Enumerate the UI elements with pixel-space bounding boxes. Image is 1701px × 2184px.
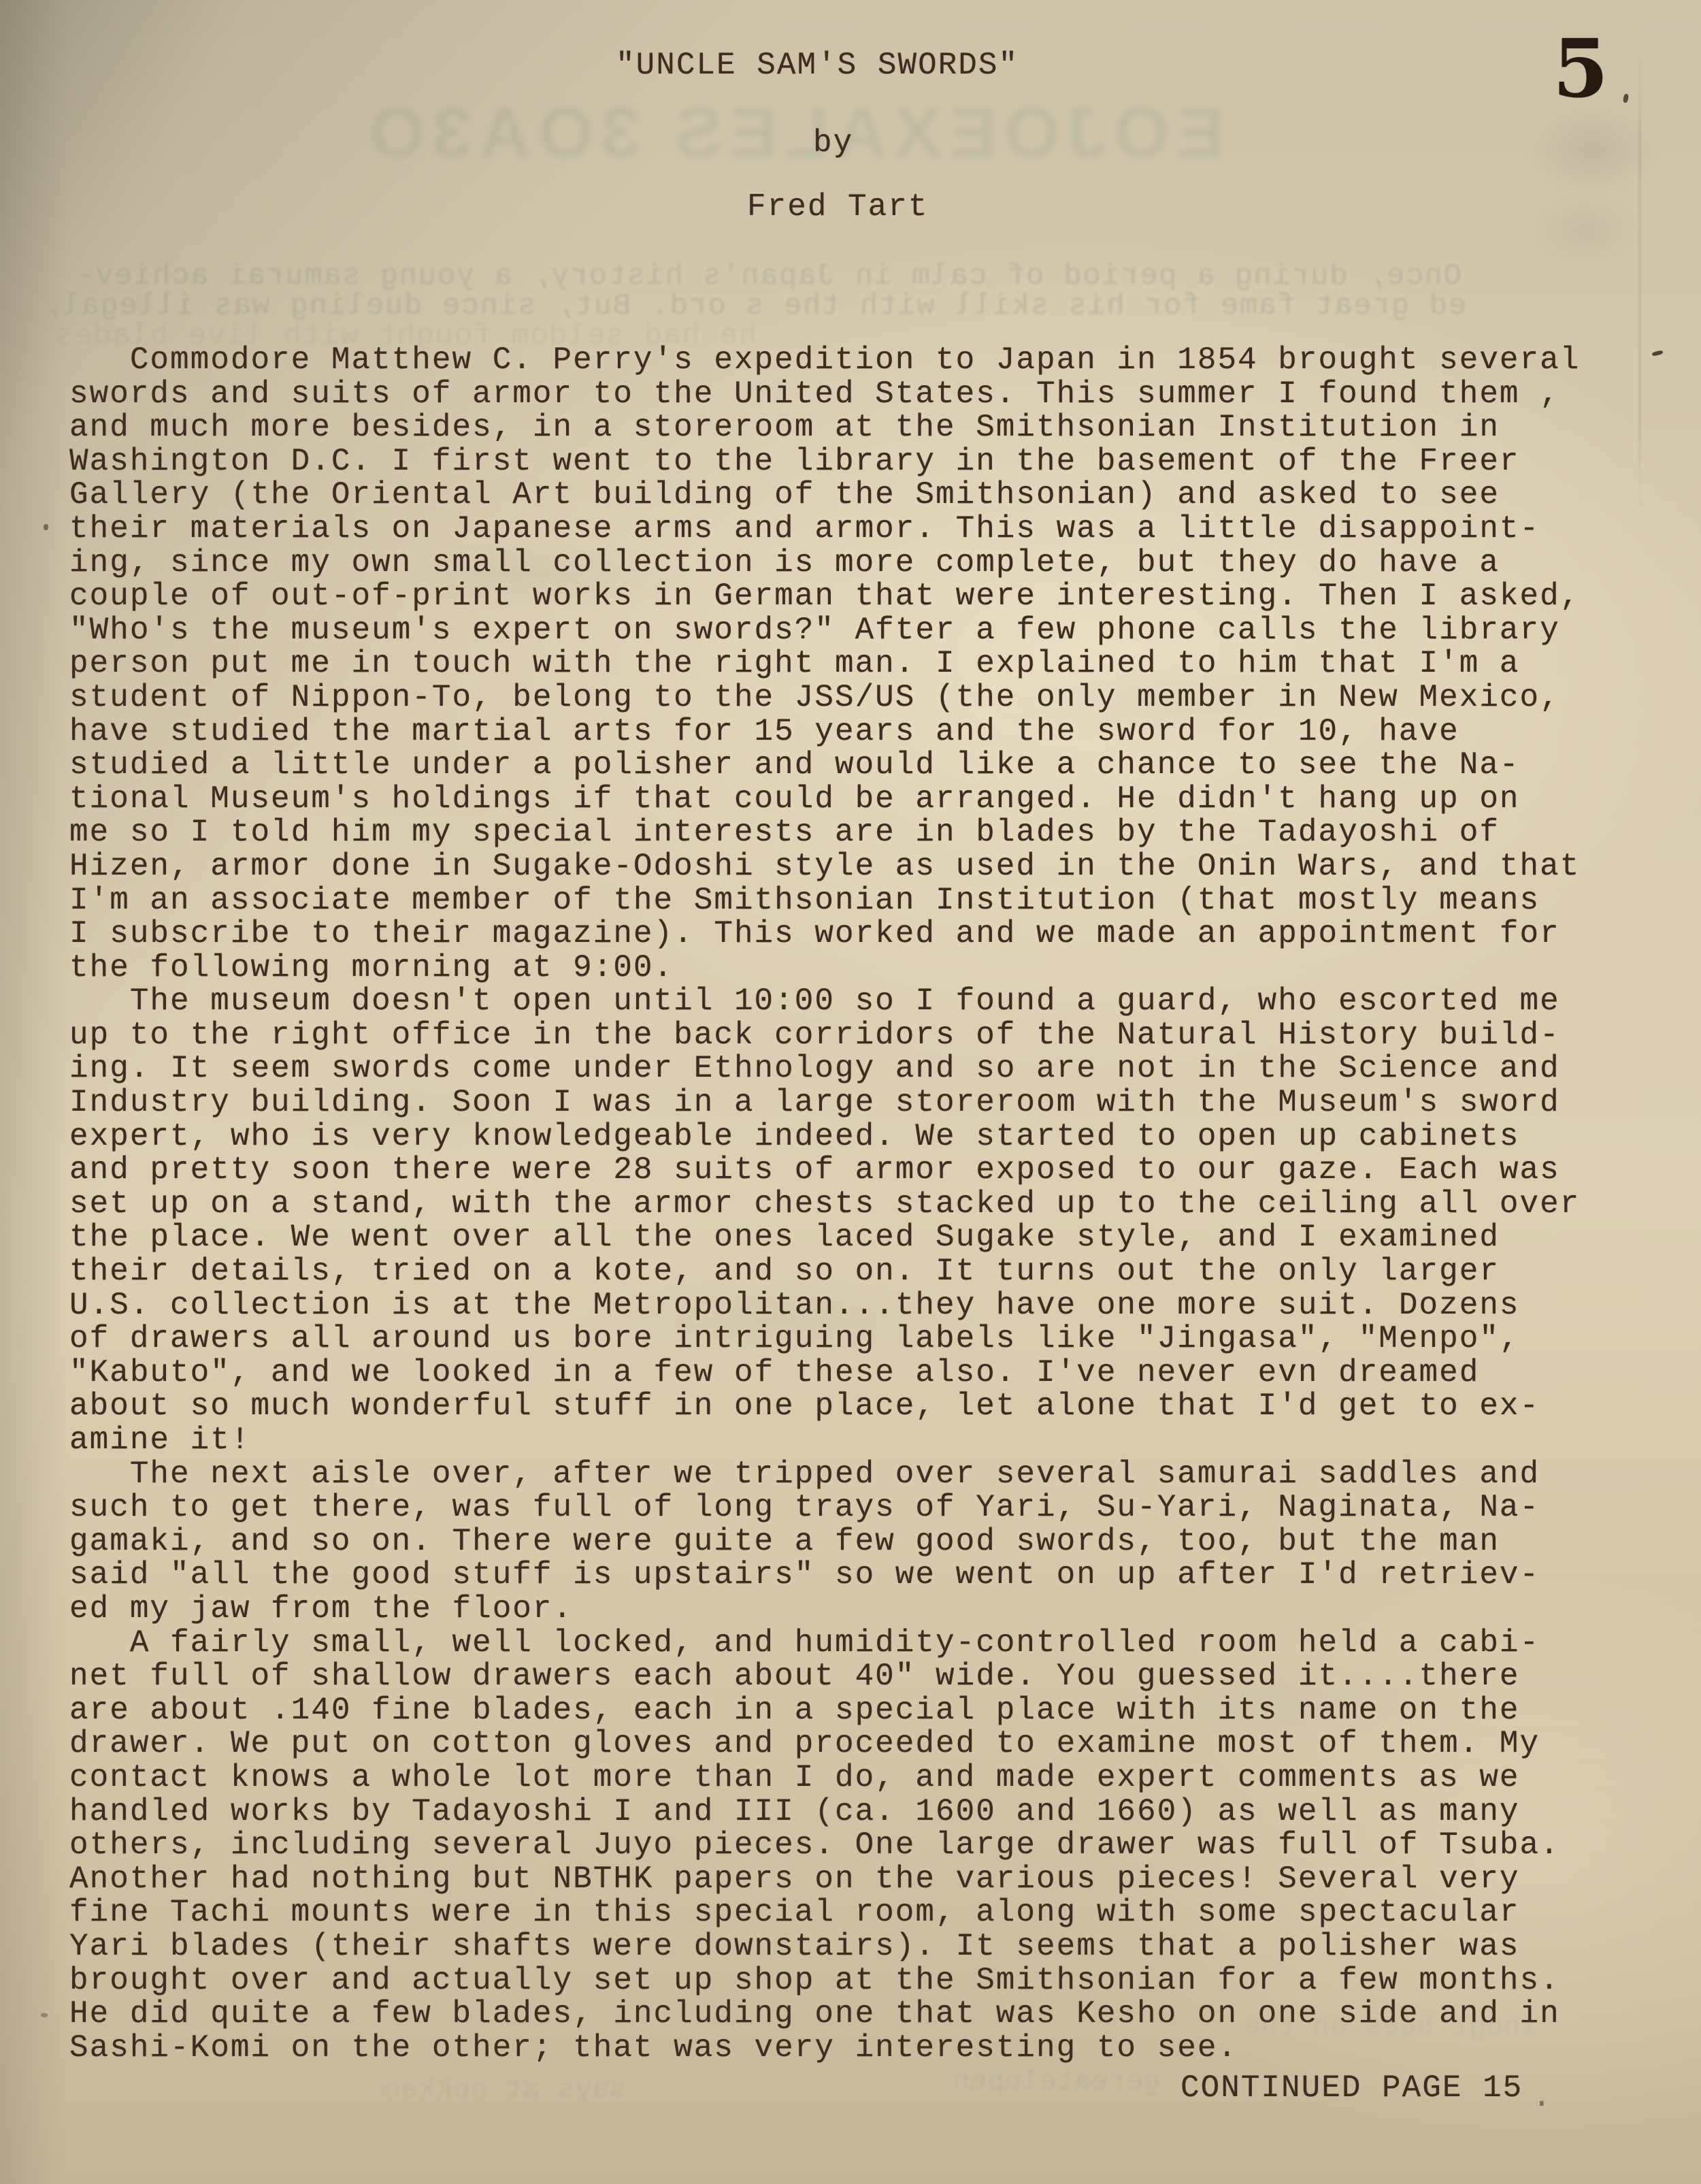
paper-crease: [1638, 48, 1641, 510]
scanned-newsletter-page: { "header": { "title": "\"UNCLE SAM'S SW…: [0, 0, 1701, 2184]
bleedthrough-fragment: gereatelopen: [942, 2068, 1160, 2098]
continued-note: CONTINUED PAGE 15: [1180, 2072, 1523, 2106]
byline-label: by: [813, 127, 853, 161]
ink-speck: [44, 524, 48, 530]
bleedthrough-fragment: inogt boes on the: [1313, 2013, 1538, 2043]
bleedthrough-line: ed great fame for his skill with the s o…: [54, 291, 1466, 321]
page-title: "UNCLE SAM'S SWORDS": [616, 49, 1019, 83]
article-body-text: Commodore Matthew C. Perry's expedition …: [69, 344, 1580, 2065]
bleedthrough-headline: EOJOEXALES 3OA3O: [272, 97, 1225, 169]
ink-speck: [41, 2013, 48, 2017]
stray-period: .: [1532, 2081, 1553, 2115]
bleedthrough-fragment: says at nokken: [408, 2076, 626, 2106]
page-number: 5: [1553, 29, 1608, 109]
author-name: Fred Tart: [747, 191, 928, 225]
bleedthrough-line: Once, during a period of calm in Japan's…: [60, 261, 1461, 291]
